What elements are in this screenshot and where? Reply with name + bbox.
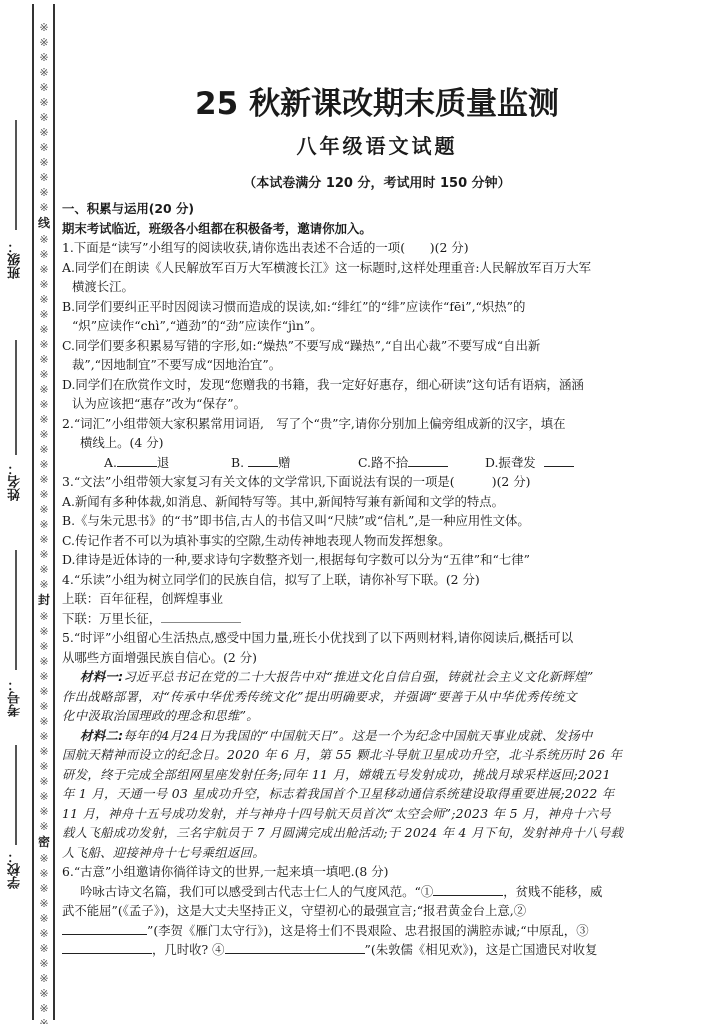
q4-answer-blank[interactable] — [161, 610, 241, 623]
marker-icon: ※ — [36, 911, 52, 926]
marker-icon: ※ — [36, 35, 52, 50]
school-underline — [15, 745, 17, 845]
q1-option-d: D.同学们在欣赏作文时，发现“您赠我的书籍，我一定好好惠存，细心研读”这句话有语… — [62, 375, 692, 395]
marker-icon: ※ — [36, 609, 52, 624]
q1-stem: 1.下面是“读写”小组写的阅读收获,请你选出表述不合适的一项( )(2 分) — [62, 238, 692, 258]
q2-option-c: C.路不拾 — [358, 453, 485, 473]
material-2-line-7: 人飞船、迎接神舟十七号乘组返回。 — [62, 843, 692, 863]
marker-icon: ※ — [36, 307, 52, 322]
q5-stem-cont: 从哪些方面增强民族自信心。(2 分) — [62, 648, 692, 668]
marker-icon: ※ — [36, 125, 52, 140]
material-2-line-5: 11 月，神舟十五号成功发射，并与神舟十四号航天员首次“太空会师”;2023 年… — [62, 804, 692, 824]
material-2-line-3: 研发，终于完成全部组网星座发射任务;同年 11 月，嫦娥五号发射成功，挑战月球采… — [62, 765, 692, 785]
q6-blank-4[interactable] — [225, 941, 365, 954]
marker-icon: ※ — [36, 714, 52, 729]
q2-option-a-label: A. — [104, 455, 117, 470]
q5-material-1: 材料一:习近平总书记在党的二十大报告中对“推进文化自信自强，铸就社会主义文化新辉… — [62, 667, 692, 687]
exam-number-underline — [15, 550, 17, 670]
q6-blank-3[interactable] — [62, 941, 152, 954]
q6-line-3: ”(李贺《雁门太守行》)，这是将士们不畏艰险、忠君报国的满腔赤诚;“中原乱，③ — [62, 921, 692, 941]
q1-option-c: C.同学们要多积累易写错的字形,如:“燥热”不要写成“躁热”,“自出心裁”不要写… — [62, 336, 692, 356]
marker-icon: ※ — [36, 789, 52, 804]
marker-icon: ※ — [36, 457, 52, 472]
marker-icon: ※ — [36, 170, 52, 185]
q5-material-2: 材料二:每年的4月24日为我国的“中国航天日”。这是一个为纪念中国航天事业成就、… — [62, 726, 692, 746]
q2-blank-c[interactable] — [408, 454, 448, 467]
material-1-line-1: 习近平总书记在党的二十大报告中对“推进文化自信自强，铸就社会主义文化新辉煌” — [123, 669, 593, 684]
marker-icon: ※ — [36, 337, 52, 352]
marker-icon: ※ — [36, 986, 52, 1001]
marker-icon: ※ — [36, 140, 52, 155]
marker-icon: ※ — [36, 247, 52, 262]
name-label: 姓名： — [6, 462, 25, 501]
marker-icon: ※ — [36, 232, 52, 247]
marker-icon: ※ — [36, 110, 52, 125]
seal-char: 密 — [36, 834, 52, 851]
q5-stem: 5.“时评”小组留心生活热点,感受中国力量,班长小优找到了以下两则材料,请你阅读… — [62, 628, 692, 648]
marker-icon: ※ — [36, 684, 52, 699]
q3-option-b: B.《与朱元思书》的“书”即书信,古人的书信又叫“尺牍”或“信札”,是一种应用性… — [62, 511, 692, 531]
q1-option-c-cont: 裁”,“因地制宜”不要写成“因地治宜”。 — [62, 355, 692, 375]
marker-icon: ※ — [36, 804, 52, 819]
marker-icon: ※ — [36, 1001, 52, 1016]
q2-option-b-label: B. — [231, 455, 244, 470]
q2-option-a: A.退 — [104, 453, 231, 473]
marker-icon: ※ — [36, 502, 52, 517]
binding-markers: ※※※※※※※※※※※※※线※※※※※※※※※※※※※※※※※※※※※※※※封※… — [36, 20, 52, 1024]
marker-icon: ※ — [36, 881, 52, 896]
material-1-line-2: 作出战略部署，对“传承中华优秀传统文化”提出明确要求，并强调“要善于从中华优秀传… — [62, 687, 692, 707]
q2-blank-b[interactable] — [248, 454, 278, 467]
marker-icon: ※ — [36, 262, 52, 277]
q2-stem: 2.“词汇”小组带领大家积累常用词语, 写了个“贵”字,请你分别加上偏旁组成新的… — [62, 414, 692, 434]
marker-icon: ※ — [36, 427, 52, 442]
marker-icon: ※ — [36, 851, 52, 866]
marker-icon: ※ — [36, 200, 52, 215]
q4-lower-text: 下联：万里长征， — [62, 611, 161, 626]
material-2-line-1: 每年的4月24日为我国的“中国航天日”。这是一个为纪念中国航天事业成就、发扬中 — [123, 728, 592, 743]
q4-lower-couplet: 下联：万里长征， — [62, 609, 692, 629]
q2-blank-a[interactable] — [117, 454, 157, 467]
marker-icon: ※ — [36, 517, 52, 532]
q2-option-a-char: 退 — [157, 455, 169, 470]
q1-option-a: A.同学们在朗读《人民解放军百万大军横渡长江》这一标题时,这样处理重音:人民解放… — [62, 258, 692, 278]
q3-stem: 3.“文法”小组带领大家复习有关文体的文学常识,下面说法有误的一项是( )(2 … — [62, 472, 692, 492]
material-1-label: 材料一: — [80, 669, 123, 684]
marker-icon: ※ — [36, 896, 52, 911]
marker-icon: ※ — [36, 155, 52, 170]
section-intro: 期末考试临近，班级各小组都在积极备考，邀请你加入。 — [62, 219, 692, 239]
marker-icon: ※ — [36, 654, 52, 669]
marker-icon: ※ — [36, 866, 52, 881]
section-heading: 一、积累与运用(20 分) — [62, 199, 692, 219]
q6-stem: 6.“古意”小组邀请你徜徉诗文的世界,一起来填一填吧.(8 分) — [62, 862, 692, 882]
marker-icon: ※ — [36, 941, 52, 956]
marker-icon: ※ — [36, 759, 52, 774]
marker-icon: ※ — [36, 744, 52, 759]
q3-option-a: A.新闻有多种体裁,如消息、新闻特写等。其中,新闻特写兼有新闻和文学的特点。 — [62, 492, 692, 512]
marker-icon: ※ — [36, 547, 52, 562]
q6-text-3: ”(李贺《雁门太守行》)，这是将士们不畏艰险、忠君报国的满腔赤诚;“中原乱，③ — [147, 923, 589, 938]
class-underline — [15, 120, 17, 230]
class-label: 班级： — [6, 240, 25, 279]
material-2-line-2: 国航天精神而设立的纪念日。2020 年 6 月，第 55 颗北斗导航卫星成功升空… — [62, 745, 692, 765]
section-1: 一、积累与运用(20 分) 期末考试临近，班级各小组都在积极备考，邀请你加入。 … — [62, 199, 692, 960]
q2-options: A.退 B. 赠 C.路不拾 D.振聋发 — [62, 453, 692, 473]
q2-stem-cont: 横线上。(4 分) — [62, 433, 692, 453]
q4-stem: 4.“乐读”小组为树立同学们的民族自信，拟写了上联，请你补写下联。(2 分) — [62, 570, 692, 590]
school-label: 学校： — [6, 850, 25, 889]
q6-text-4b: ”(朱敦儒《相见欢》)，这是亡国遗民对收复 — [365, 942, 598, 957]
marker-icon: ※ — [36, 971, 52, 986]
marker-icon: ※ — [36, 926, 52, 941]
marker-icon: ※ — [36, 277, 52, 292]
material-2-line-4: 年 1 月，天通一号 03 星成功升空，标志着我国首个卫星移动通信系统建设取得重… — [62, 784, 692, 804]
material-2-line-6: 载人飞船成功发射，三名宇航员于 7 月圆满完成出舱活动;于 2024 年 4 月… — [62, 823, 692, 843]
q2-option-b-char: 赠 — [278, 455, 290, 470]
marker-icon: ※ — [36, 956, 52, 971]
marker-icon: ※ — [36, 819, 52, 834]
marker-icon: ※ — [36, 352, 52, 367]
marker-icon: ※ — [36, 562, 52, 577]
q1-option-b-cont: “炽”应读作“chì”,“遒劲”的“劲”应读作“jìn”。 — [62, 316, 692, 336]
marker-icon: ※ — [36, 729, 52, 744]
q1-option-d-cont: 认为应该把“惠存”改为“保存”。 — [62, 394, 692, 414]
marker-icon: ※ — [36, 95, 52, 110]
marker-icon: ※ — [36, 442, 52, 457]
marker-icon: ※ — [36, 185, 52, 200]
marker-icon: ※ — [36, 397, 52, 412]
q6-text-1a: 吟咏古诗文名篇，我们可以感受到古代志士仁人的气度风范。“① — [80, 884, 433, 899]
seal-char: 线 — [36, 215, 52, 232]
marker-icon: ※ — [36, 50, 52, 65]
q2-option-d: D.振聋发 — [485, 453, 612, 473]
q6-line-1: 吟咏古诗文名篇，我们可以感受到古代志士仁人的气度风范。“①，贫贱不能移，威 — [62, 882, 692, 902]
marker-icon: ※ — [36, 472, 52, 487]
q3-option-d: D.律诗是近体诗的一种,要求诗句字数整齐划一,根据每句字数可以分为“五律”和“七… — [62, 550, 692, 570]
name-underline — [15, 340, 17, 455]
marker-icon: ※ — [36, 532, 52, 547]
q6-line-4: ，几时收? ④”(朱敦儒《相见欢》)，这是亡国遗民对收复 — [62, 940, 692, 960]
q6-text-4a: ，几时收? ④ — [152, 942, 225, 957]
binding-line-right — [53, 4, 55, 1020]
q2-blank-d[interactable] — [544, 454, 574, 467]
marker-icon: ※ — [36, 487, 52, 502]
marker-icon: ※ — [36, 65, 52, 80]
q6-line-2: 武不能屈”(《孟子》)，这是大丈夫坚持正义，守望初心的最强宣言;“报君黄金台上意… — [62, 901, 692, 921]
exam-note: （本试卷满分 120 分，考试用时 150 分钟） — [62, 172, 692, 191]
q1-option-a-cont: 横渡长江。 — [62, 277, 692, 297]
q2-option-d-label: D.振聋发 — [485, 455, 536, 470]
exam-subtitle: 八年级语文试题 — [62, 130, 692, 159]
marker-icon: ※ — [36, 774, 52, 789]
q3-option-c: C.传记作者不可以为填补事实的空隙,生动传神地表现人物而发挥想象。 — [62, 531, 692, 551]
q2-option-c-label: C.路不拾 — [358, 455, 408, 470]
marker-icon: ※ — [36, 1016, 52, 1024]
marker-icon: ※ — [36, 699, 52, 714]
marker-icon: ※ — [36, 669, 52, 684]
marker-icon: ※ — [36, 412, 52, 427]
marker-icon: ※ — [36, 382, 52, 397]
marker-icon: ※ — [36, 639, 52, 654]
marker-icon: ※ — [36, 20, 52, 35]
q6-blank-1[interactable] — [433, 883, 503, 896]
binding-line-left — [32, 4, 34, 1020]
material-2-label: 材料二: — [80, 728, 123, 743]
exam-number-label: 考号： — [6, 678, 25, 717]
q2-option-b: B. 赠 — [231, 453, 358, 473]
seal-char: 封 — [36, 592, 52, 609]
q4-upper-couplet: 上联：百年征程，创辉煌事业 — [62, 589, 692, 609]
material-1-line-3: 化中汲取治国理政的理念和思维”。 — [62, 706, 692, 726]
marker-icon: ※ — [36, 292, 52, 307]
q6-text-1b: ，贫贱不能移，威 — [503, 884, 602, 899]
marker-icon: ※ — [36, 624, 52, 639]
q6-blank-2[interactable] — [62, 922, 147, 935]
marker-icon: ※ — [36, 367, 52, 382]
exam-title: 25 秋新课改期末质量监测 — [62, 78, 692, 123]
marker-icon: ※ — [36, 322, 52, 337]
q1-option-b: B.同学们要纠正平时因阅读习惯而造成的误读,如:“绯红”的“绯”应读作“fēi”… — [62, 297, 692, 317]
marker-icon: ※ — [36, 80, 52, 95]
marker-icon: ※ — [36, 577, 52, 592]
